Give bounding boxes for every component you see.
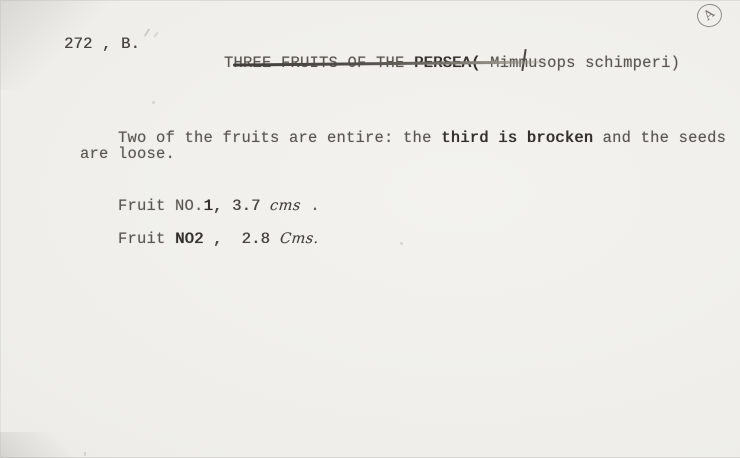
fruit-2-label: Fruit xyxy=(118,230,175,248)
body-line-1: Two of the fruits are entire: the third … xyxy=(80,108,726,168)
fruit-2-measurement: , 2.8 xyxy=(204,230,271,248)
body-line-1-post: and the seeds xyxy=(593,129,726,147)
body-line-2: are loose. xyxy=(80,144,175,164)
paper-speck xyxy=(84,452,86,456)
card-number: 272 , B. xyxy=(64,34,140,54)
body-line-4: Fruit NO2 , 2.8 Cms. xyxy=(80,209,318,269)
scan-corner-shadow-bottom-left xyxy=(0,432,90,458)
fruit-2-unit-handwritten: Cms. xyxy=(279,229,320,249)
pencil-smudge xyxy=(144,28,150,37)
body-line-1-bold: third is brocken xyxy=(441,129,593,147)
scanned-card: A 272 , B. THREE FRUITS OF THE PERSEA( M… xyxy=(0,0,740,458)
paper-speck xyxy=(400,242,403,245)
pencil-smudge xyxy=(153,31,159,38)
paper-speck xyxy=(152,101,155,104)
circled-pencil-annotation-glyph: A xyxy=(701,6,718,24)
fruit-2-number: NO2 xyxy=(175,230,204,248)
circled-pencil-annotation: A xyxy=(695,1,725,29)
